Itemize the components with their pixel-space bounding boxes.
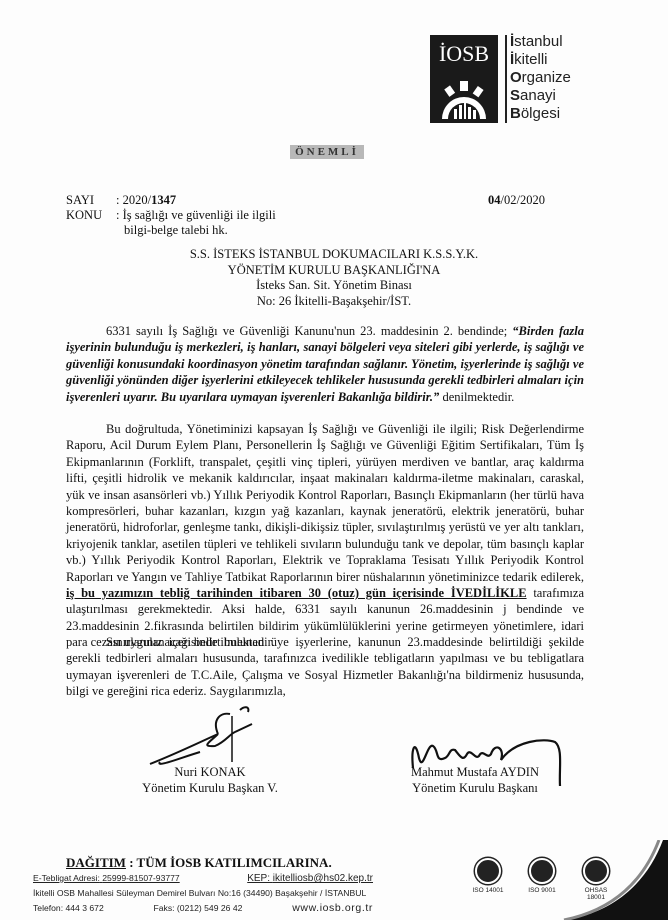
fax-number: Faks: (0212) 549 26 42 [154, 901, 243, 916]
signer-name: Mahmut Mustafa AYDIN [390, 765, 560, 781]
e-tebligat-address[interactable]: E-Tebligat Adresi: 25999-81507-93777 [33, 871, 180, 886]
letter-meta: SAYI : 2020/1347 KONU : İş sağlığı ve gü… [66, 193, 276, 238]
letter-date: 04/02/2020 [488, 193, 545, 208]
recipient-line: YÖNETİM KURULU BAŞKANLIĞI'NA [0, 263, 668, 279]
reference-number-row: SAYI : 2020/1347 [66, 193, 276, 208]
kep-address-link[interactable]: KEP: ikitelliosb@hs02.kep.tr [247, 871, 373, 886]
footer-row-phone: Telefon: 444 3 672 Faks: (0212) 549 26 4… [33, 901, 373, 916]
organization-name: İstanbul İkitelli Organize Sanayi Bölges… [510, 33, 571, 123]
signer-title: Yönetim Kurulu Başkanı [390, 781, 560, 797]
signer-chair: Mahmut Mustafa AYDIN Yönetim Kurulu Başk… [390, 765, 560, 796]
logo-text: İOSB [430, 41, 498, 67]
org-line: Organize [510, 69, 571, 87]
paragraph-closing: Sınırlarınız içerisinde bulunan üye işye… [66, 634, 584, 700]
distribution-line: DAĞITIM : TÜM İOSB KATILIMCILARINA. [66, 855, 332, 871]
deadline-emphasis: iş bu yazımızın tebliğ tarihinden itibar… [66, 586, 527, 600]
certification-seal-icon [475, 858, 501, 884]
recipient-line: S.S. İSTEKS İSTANBUL DOKUMACILARI K.S.S.… [0, 247, 668, 263]
subject-row: KONU : İş sağlığı ve güvenliği ile ilgil… [66, 208, 276, 223]
letter-page: İOSB İstanbul İkitelli Organize Sanayi B… [0, 0, 668, 920]
signer-title: Yönetim Kurulu Başkan V. [130, 781, 290, 797]
recipient-line: No: 26 İkitelli-Başakşehir/İST. [0, 294, 668, 310]
decorative-corner [548, 840, 668, 920]
subject-line-1: : İş sağlığı ve güvenliği ile ilgili [116, 208, 276, 223]
org-line: İstanbul [510, 33, 571, 51]
org-line: Bölgesi [510, 105, 571, 123]
paragraph-document-request: Bu doğrultuda, Yönetiminizi kapsayan İş … [66, 421, 584, 651]
phone-number: Telefon: 444 3 672 [33, 901, 104, 916]
org-line: Sanayi [510, 87, 571, 105]
recipient-block: S.S. İSTEKS İSTANBUL DOKUMACILARI K.S.S.… [0, 247, 668, 309]
iso-14001-badge: ISO 14001 [468, 858, 508, 901]
signer-name: Nuri KONAK [130, 765, 290, 781]
subject-line-2: bilgi-belge talebi hk. [66, 223, 276, 238]
gear-skyline-icon [436, 75, 492, 119]
footer-row-electronic: E-Tebligat Adresi: 25999-81507-93777 KEP… [33, 871, 373, 886]
footer-contact: E-Tebligat Adresi: 25999-81507-93777 KEP… [33, 871, 373, 916]
iosb-logo: İOSB [430, 35, 498, 123]
priority-label: ÖNEMLİ [290, 145, 364, 159]
website-link[interactable]: www.iosb.org.tr [292, 901, 373, 916]
signer-vice-chair: Nuri KONAK Yönetim Kurulu Başkan V. [130, 765, 290, 796]
recipient-line: İsteks San. Sit. Yönetim Binası [0, 278, 668, 294]
paragraph-legal-quote: 6331 sayılı İş Sağlığı ve Güvenliği Kanu… [66, 323, 584, 405]
reference-number: : 2020/1347 [116, 193, 176, 208]
signature-nuri-konak [140, 702, 280, 772]
footer-address: İkitelli OSB Mahallesi Süleyman Demirel … [33, 886, 373, 901]
org-line: İkitelli [510, 51, 571, 69]
logo-divider [505, 35, 507, 123]
